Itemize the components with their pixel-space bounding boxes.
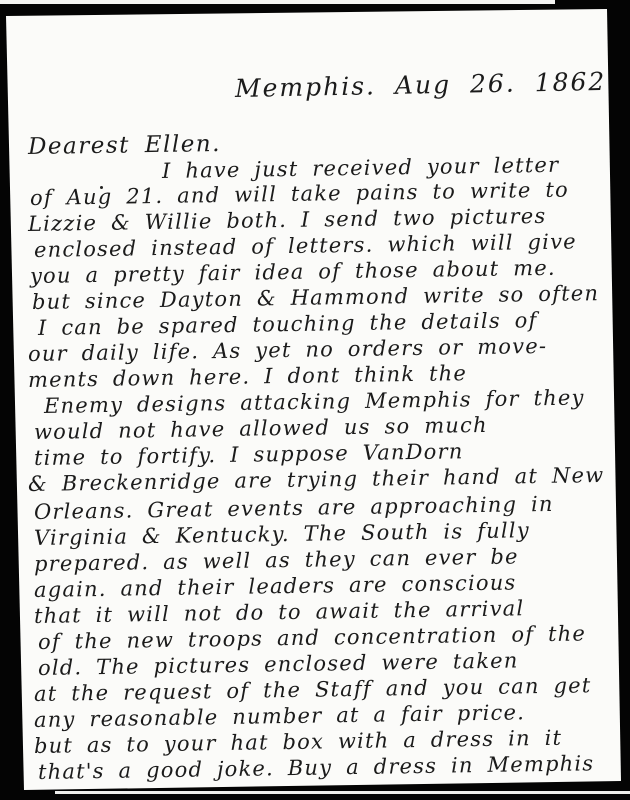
letter-salutation: Dearest Ellen.	[28, 131, 221, 160]
letter-scan: Memphis. Aug 26. 1862 Dearest Ellen. I h…	[0, 0, 630, 800]
scan-background: { "scan": { "background_color": "#040404…	[0, 0, 630, 800]
handwritten-text: Memphis. Aug 26. 1862 Dearest Ellen. I h…	[0, 0, 630, 800]
letter-dateline: Memphis. Aug 26. 1862	[235, 67, 607, 103]
letter-line: ments down here. I dont think the	[28, 361, 467, 392]
